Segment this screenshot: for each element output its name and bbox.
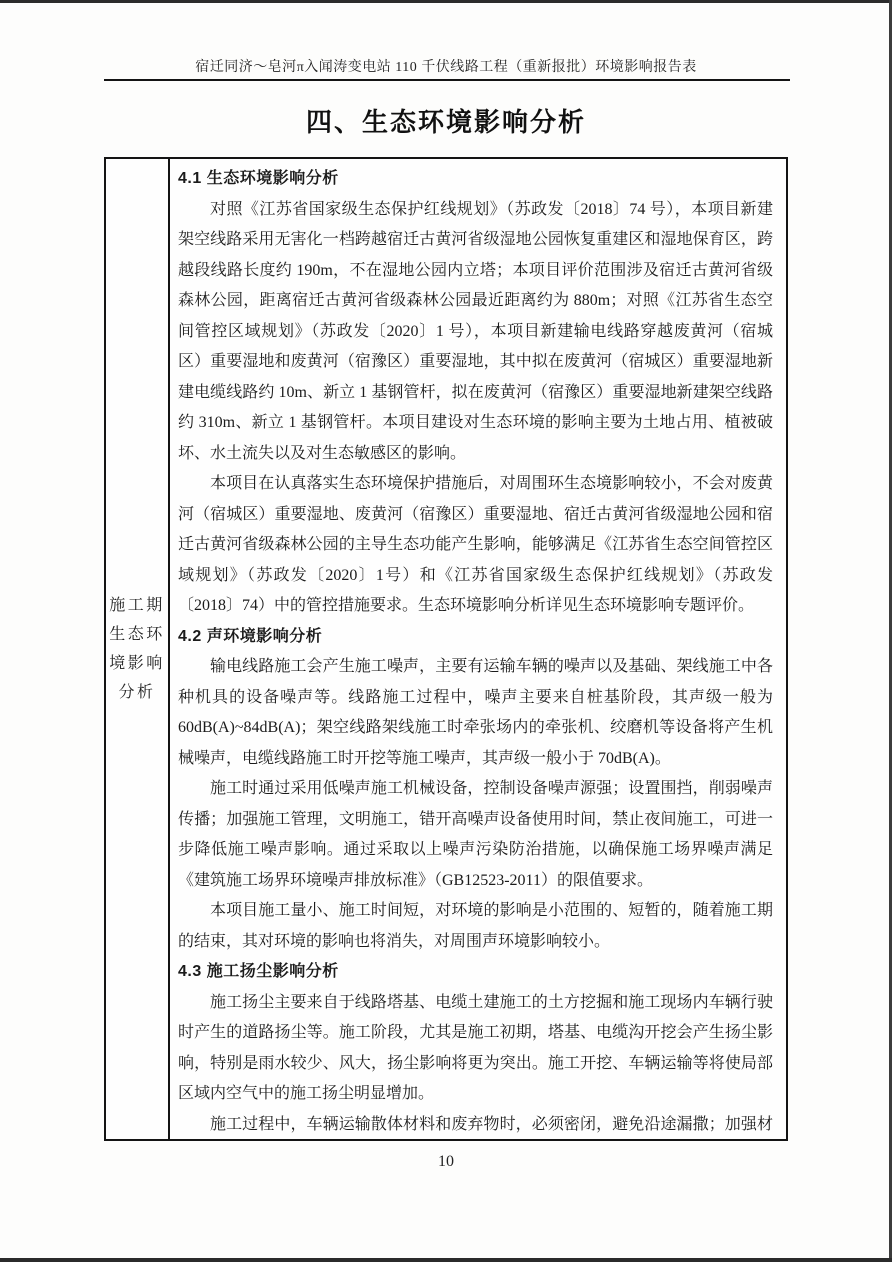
paragraph-eco-redline: 对照《江苏省国家级生态保护红线规划》（苏政发〔2018〕74 号），本项目新建架… — [178, 195, 773, 470]
heading-4-2: 4.2 声环境影响分析 — [178, 622, 773, 653]
header-rule — [104, 79, 790, 81]
scan-edge-bottom — [0, 1258, 892, 1262]
impact-analysis-table: 施工期生态环境影响分析 4.1 生态环境影响分析 对照《江苏省国家级生态保护红线… — [104, 157, 788, 1141]
paragraph-noise-conclusion: 本项目施工量小、施工时间短，对环境的影响是小范围的、短暂的，随着施工期的结束，其… — [178, 896, 773, 957]
heading-4-3: 4.3 施工扬尘影响分析 — [178, 957, 773, 988]
paragraph-noise-measures: 施工时通过采用低噪声施工机械设备，控制设备噪声源强；设置围挡，削弱噪声传播；加强… — [178, 774, 773, 896]
content-cell: 4.1 生态环境影响分析 对照《江苏省国家级生态保护红线规划》（苏政发〔2018… — [170, 159, 786, 1139]
paragraph-dust-transport: 施工过程中，车辆运输散体材料和废弃物时，必须密闭，避免沿途漏撒；加强材料转 — [178, 1110, 773, 1140]
running-header: 宿迁同济～皂河π入闻涛变电站 110 千伏线路工程（重新报批）环境影响报告表 — [0, 56, 892, 76]
paragraph-noise-sources: 输电线路施工会产生施工噪声，主要有运输车辆的噪声以及基础、架线施工中各种机具的设… — [178, 652, 773, 774]
scan-edge-top — [0, 0, 892, 3]
page-number: 10 — [0, 1153, 892, 1171]
row-label-cell: 施工期生态环境影响分析 — [106, 159, 170, 1139]
paragraph-eco-conclusion: 本项目在认真落实生态环境保护措施后，对周围环生态境影响较小，不会对废黄河（宿城区… — [178, 469, 773, 622]
row-label: 施工期生态环境影响分析 — [109, 591, 165, 707]
page-title: 四、生态环境影响分析 — [0, 102, 892, 139]
paragraph-dust-sources: 施工扬尘主要来自于线路塔基、电缆土建施工的土方挖掘和施工现场内车辆行驶时产生的道… — [178, 988, 773, 1110]
heading-4-1: 4.1 生态环境影响分析 — [178, 164, 773, 195]
